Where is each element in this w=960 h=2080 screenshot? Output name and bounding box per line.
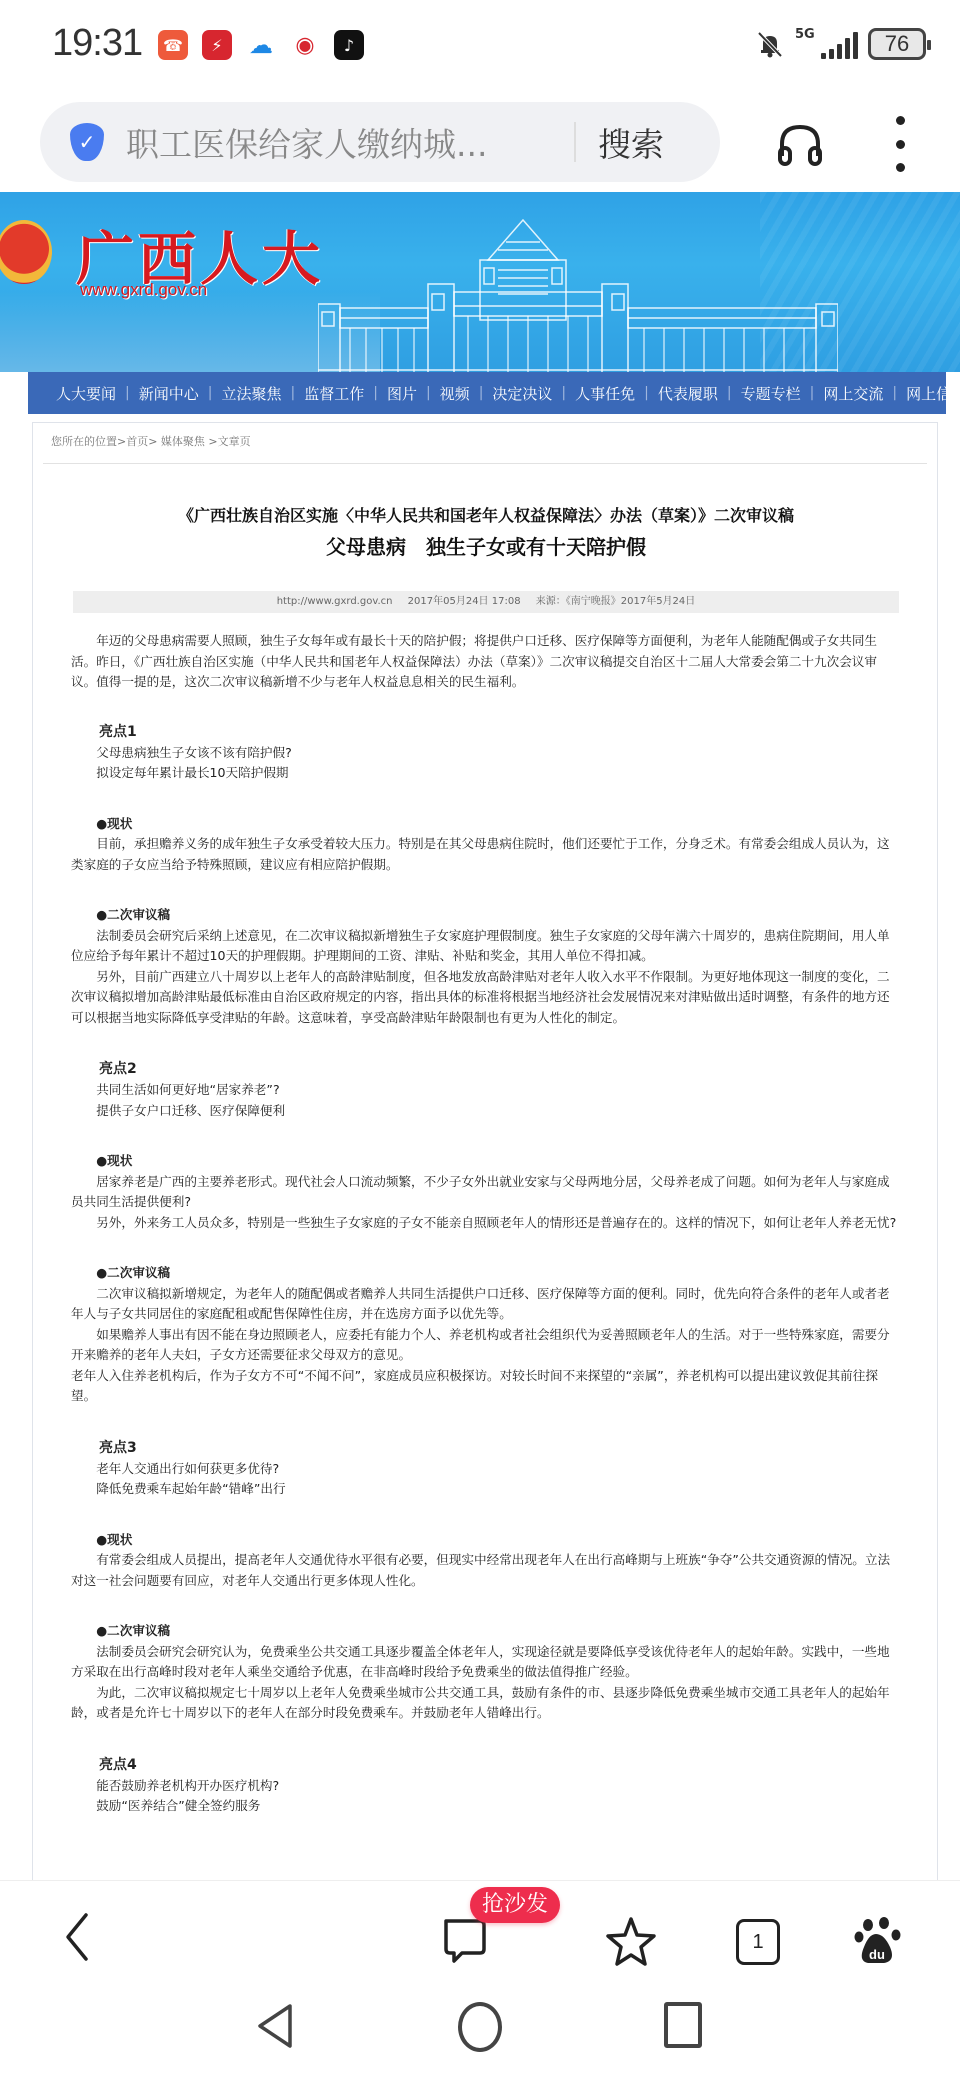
paragraph: 为此，二次审议稿拟规定七十周岁以上老年人免费乘坐城市公共交通工具，鼓励有条件的市…	[71, 1683, 901, 1724]
building-outline-illustration	[318, 212, 838, 372]
section-heading-draft: ●二次审议稿	[96, 1263, 901, 1284]
paragraph: 另外，目前广西建立八十周岁以上老年人的高龄津贴制度，但各地发放高龄津贴对老年人收…	[71, 967, 901, 1029]
comment-icon[interactable]	[440, 1915, 490, 1965]
nav-separator: |	[561, 385, 566, 401]
article-title: 父母患病 独生子女或有十天陪护假	[33, 531, 939, 560]
section-heading-draft: ●二次审议稿	[96, 905, 901, 926]
status-bar: 19:31 ☎ ⚡ ☁ ◉ ♪ 5G 76	[0, 0, 960, 92]
highlight-question: 能否鼓励养老机构开办医疗机构?	[96, 1776, 901, 1797]
paragraph: 二次审议稿拟新增规定，为老年人的随配偶或者赡养人共同生活提供户口迁移、医疗保障等…	[71, 1284, 901, 1325]
meta-source-label: 来源：	[536, 596, 566, 607]
article-body: 年迈的父母患病需要人照顾，独生子女每年或有最长十天的陪护假；将提供户口迁移、医疗…	[71, 631, 901, 1817]
security-shield-icon: ✓	[70, 123, 104, 161]
search-button[interactable]: 搜索	[598, 119, 664, 166]
notification-icons: ☎ ⚡ ☁ ◉ ♪	[158, 30, 364, 60]
site-url: www.gxrd.gov.cn	[80, 280, 207, 300]
intro-paragraph: 年迈的父母患病需要人照顾，独生子女每年或有最长十天的陪护假；将提供户口迁移、医疗…	[71, 631, 901, 693]
highlight-answer: 拟设定每年累计最长10天陪护假期	[96, 763, 901, 784]
nav-separator: |	[727, 385, 732, 401]
bell-off-icon	[755, 29, 785, 59]
favorite-star-icon[interactable]	[604, 1915, 658, 1969]
meta-source: 《南宁晚报》2017年5月24日	[566, 596, 696, 607]
cloud-app-icon: ☁	[246, 30, 276, 60]
nav-separator: |	[479, 385, 484, 401]
browser-bottom-toolbar: 抢沙发 1 du	[0, 1880, 960, 1980]
system-navigation-bar	[0, 1980, 960, 2080]
tiktok-app-icon: ♪	[334, 30, 364, 60]
nav-separator: |	[208, 385, 213, 401]
nav-item-video[interactable]: 视频	[440, 383, 470, 404]
national-emblem-icon	[0, 220, 52, 284]
nav-separator: |	[644, 385, 649, 401]
nav-item-appointments[interactable]: 人事任免	[575, 383, 635, 404]
paragraph: 有常委会组成人员提出，提高老年人交通优待水平很有必要，但现实中经常出现老年人在出…	[71, 1550, 901, 1591]
nav-item-news[interactable]: 人大要闻	[56, 383, 116, 404]
article-subtitle: 《广西壮族自治区实施〈中华人民共和国老年人权益保障法〉办法（草案）》二次审议稿	[33, 503, 939, 526]
tabs-button[interactable]: 1	[736, 1919, 780, 1965]
nav-item-pictures[interactable]: 图片	[387, 383, 417, 404]
paragraph: 老年人入住养老机构后，作为子女方不可“不闻不问”，家庭成员应积极探访。对较长时间…	[71, 1366, 901, 1407]
highlight-answer: 降低免费乘车起始年龄“错峰”出行	[96, 1479, 901, 1500]
highlight-title: 亮点1	[99, 721, 901, 743]
nav-item-supervision[interactable]: 监督工作	[304, 383, 364, 404]
system-home-icon[interactable]	[458, 2002, 502, 2052]
svg-text:du: du	[869, 1947, 885, 1962]
nav-separator: |	[125, 385, 130, 401]
back-arrow-icon[interactable]	[60, 1911, 96, 1963]
site-navigation: 人大要闻| 新闻中心| 立法聚焦| 监督工作| 图片| 视频| 决定决议| 人事…	[28, 372, 946, 414]
paragraph: 法制委员会研究后采纳上述意见，在二次审议稿拟新增独生子女家庭护理假制度。独生子女…	[71, 926, 901, 967]
article-card: 您所在的位置>首页> 媒体聚焦 >文章页 《广西壮族自治区实施〈中华人民共和国老…	[32, 422, 938, 1882]
section-heading-status: ●现状	[96, 814, 901, 835]
missed-call-app-icon: ☎	[158, 30, 188, 60]
baidu-paw-icon[interactable]: du	[854, 1917, 904, 1967]
highlight-title: 亮点2	[99, 1058, 901, 1080]
highlight-question: 老年人交通出行如何获更多优待?	[96, 1459, 901, 1480]
divider	[43, 463, 927, 464]
browser-toolbar: ✓ 职工医保给家人缴纳城... 搜索	[0, 92, 960, 192]
highlight-answer: 鼓励“医养结合”健全签约服务	[96, 1796, 901, 1817]
grab-sofa-badge[interactable]: 抢沙发	[470, 1887, 560, 1923]
nav-item-deputies[interactable]: 代表履职	[658, 383, 718, 404]
swirl-app-icon: ◉	[290, 30, 320, 60]
paragraph: 目前，承担赡养义务的成年独生子女承受着较大压力。特别是在其父母患病住院时，他们还…	[71, 834, 901, 875]
meta-datetime: 2017年05月24日 17:08	[408, 596, 521, 607]
nav-separator: |	[290, 385, 295, 401]
highlight-question: 共同生活如何更好地“居家养老”?	[96, 1080, 901, 1101]
highlight-question: 父母患病独生子女该不该有陪护假?	[96, 743, 901, 764]
section-heading-draft: ●二次审议稿	[96, 1621, 901, 1642]
paragraph: 另外，外来务工人员众多，特别是一些独生子女家庭的子女不能亲自照顾老年人的情形还是…	[71, 1213, 901, 1234]
nav-item-online-exchange[interactable]: 网上交流	[823, 383, 883, 404]
address-divider	[574, 122, 576, 162]
system-back-icon[interactable]	[254, 2002, 296, 2050]
section-heading-status: ●现状	[96, 1530, 901, 1551]
status-time: 19:31	[52, 22, 142, 65]
status-right: 5G 76	[755, 28, 926, 60]
meta-site: http://www.gxrd.gov.cn	[277, 596, 393, 607]
nav-item-online-petition[interactable]: 网上信访	[906, 383, 960, 404]
dot-icon	[896, 140, 905, 149]
nav-separator: |	[426, 385, 431, 401]
signal-icon: 5G	[795, 29, 858, 59]
dot-icon	[896, 116, 905, 125]
paragraph: 法制委员会研究会研究认为，免费乘坐公共交通工具逐步覆盖全体老年人，实现途径就是要…	[71, 1642, 901, 1683]
nav-separator: |	[373, 385, 378, 401]
nav-item-legislation[interactable]: 立法聚焦	[221, 383, 281, 404]
section-heading-status: ●现状	[96, 1151, 901, 1172]
nav-item-news-center[interactable]: 新闻中心	[139, 383, 199, 404]
red-app-icon: ⚡	[202, 30, 232, 60]
address-bar[interactable]: ✓ 职工医保给家人缴纳城... 搜索	[40, 102, 720, 182]
address-text[interactable]: 职工医保给家人缴纳城...	[126, 119, 556, 166]
article-meta: http://www.gxrd.gov.cn 2017年05月24日 17:08…	[73, 591, 899, 613]
nav-separator: |	[810, 385, 815, 401]
site-banner: 广西人大 www.gxrd.gov.cn	[0, 192, 960, 372]
highlight-title: 亮点4	[99, 1754, 901, 1776]
breadcrumb[interactable]: 您所在的位置>首页> 媒体聚焦 >文章页	[51, 433, 251, 449]
battery-indicator: 76	[868, 28, 926, 60]
dot-icon	[896, 163, 905, 172]
nav-separator: |	[892, 385, 897, 401]
highlight-answer: 提供子女户口迁移、医疗保障便利	[96, 1101, 901, 1122]
system-recents-icon[interactable]	[664, 2002, 702, 2048]
headphones-icon[interactable]	[776, 122, 824, 166]
nav-item-resolutions[interactable]: 决定决议	[492, 383, 552, 404]
nav-item-topics[interactable]: 专题专栏	[741, 383, 801, 404]
paragraph: 居家养老是广西的主要养老形式。现代社会人口流动频繁，不少子女外出就业安家与父母两…	[71, 1172, 901, 1213]
highlight-title: 亮点3	[99, 1437, 901, 1459]
paragraph: 如果赡养人事出有因不能在身边照顾老人，应委托有能力个人、养老机构或者社会组织代为…	[71, 1325, 901, 1366]
more-menu-button[interactable]	[890, 116, 910, 172]
